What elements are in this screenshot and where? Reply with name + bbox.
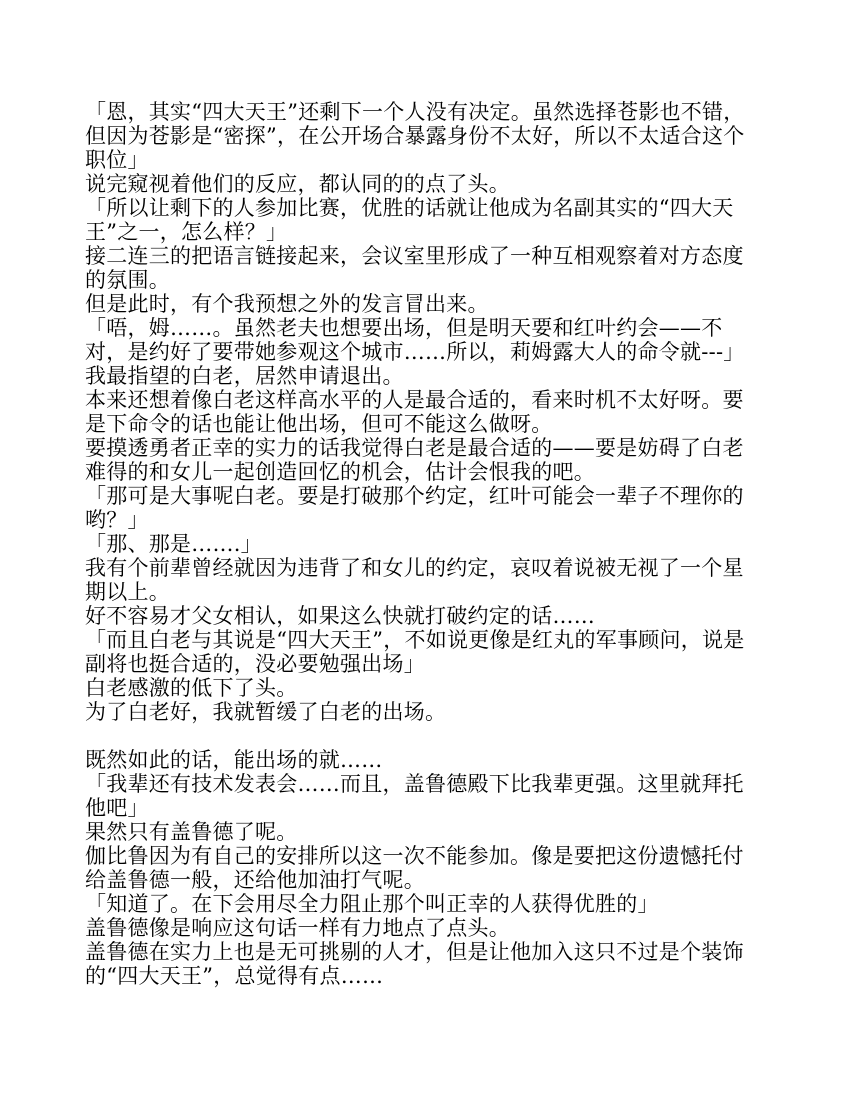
text-line: 盖鲁德在实力上也是无可挑剔的人才，但是让他加入这只不过是个装饰	[85, 940, 769, 964]
text-line: 盖鲁德像是响应这句话一样有力地点了点头。	[85, 916, 769, 940]
text-line: 给盖鲁德一般，还给他加油打气呢。	[85, 868, 769, 892]
text-line: 期以上。	[85, 580, 769, 604]
text-line: 「而且白老与其说是“四大天王”，不如说更像是红丸的军事顾问，说是	[85, 628, 769, 652]
blank-line	[85, 724, 769, 748]
text-line: 好不容易才父女相认，如果这么快就打破约定的话……	[85, 604, 769, 628]
text-line: 哟？」	[85, 508, 769, 532]
text-line: 「所以让剩下的人参加比赛，优胜的话就让他成为名副其实的“四大天	[85, 196, 769, 220]
text-line: 白老感激的低下了头。	[85, 676, 769, 700]
text-line: 但因为苍影是“密探”，在公开场合暴露身份不太好，所以不太适合这个	[85, 124, 769, 148]
text-line: 的“四大天王”，总觉得有点……	[85, 964, 769, 988]
text-line: 本来还想着像白老这样高水平的人是最合适的，看来时机不太好呀。要	[85, 388, 769, 412]
text-line: 「恩，其实“四大天王”还剩下一个人没有决定。虽然选择苍影也不错，	[85, 100, 769, 124]
text-line: 难得的和女儿一起创造回忆的机会，估计会恨我的吧。	[85, 460, 769, 484]
text-line: 说完窥视着他们的反应，都认同的的点了头。	[85, 172, 769, 196]
text-line: 我最指望的白老，居然申请退出。	[85, 364, 769, 388]
text-line: 我有个前辈曾经就因为违背了和女儿的约定，哀叹着说被无视了一个星	[85, 556, 769, 580]
text-line: 「知道了。在下会用尽全力阻止那个叫正幸的人获得优胜的」	[85, 892, 769, 916]
text-line: 为了白老好，我就暂缓了白老的出场。	[85, 700, 769, 724]
novel-text-body: 「恩，其实“四大天王”还剩下一个人没有决定。虽然选择苍影也不错，但因为苍影是“密…	[85, 100, 769, 988]
text-line: 「那、那是…….」	[85, 532, 769, 556]
text-line: 「我辈还有技术发表会……而且，盖鲁德殿下比我辈更强。这里就拜托	[85, 772, 769, 796]
text-line: 职位」	[85, 148, 769, 172]
text-line: 接二连三的把语言链接起来，会议室里形成了一种互相观察着对方态度	[85, 244, 769, 268]
text-line: 是下命令的话也能让他出场，但可不能这么做呀。	[85, 412, 769, 436]
text-line: 伽比鲁因为有自己的安排所以这一次不能参加。像是要把这份遗憾托付	[85, 844, 769, 868]
text-line: 「那可是大事呢白老。要是打破那个约定，红叶可能会一辈子不理你的	[85, 484, 769, 508]
text-line: 的氛围。	[85, 268, 769, 292]
text-line: 但是此时，有个我预想之外的发言冒出来。	[85, 292, 769, 316]
text-line: 果然只有盖鲁德了呢。	[85, 820, 769, 844]
text-line: 副将也挺合适的，没必要勉强出场」	[85, 652, 769, 676]
text-line: 要摸透勇者正幸的实力的话我觉得白老是最合适的——要是妨碍了白老	[85, 436, 769, 460]
text-line: 对，是约好了要带她参观这个城市……所以，莉姆露大人的命令就---」	[85, 340, 769, 364]
text-line: 他吧」	[85, 796, 769, 820]
text-line: 既然如此的话，能出场的就……	[85, 748, 769, 772]
text-line: 王”之一，怎么样？」	[85, 220, 769, 244]
document-page: 「恩，其实“四大天王”还剩下一个人没有决定。虽然选择苍影也不错，但因为苍影是“密…	[0, 0, 850, 1100]
text-line: 「唔，姆……。虽然老夫也想要出场，但是明天要和红叶约会——不	[85, 316, 769, 340]
